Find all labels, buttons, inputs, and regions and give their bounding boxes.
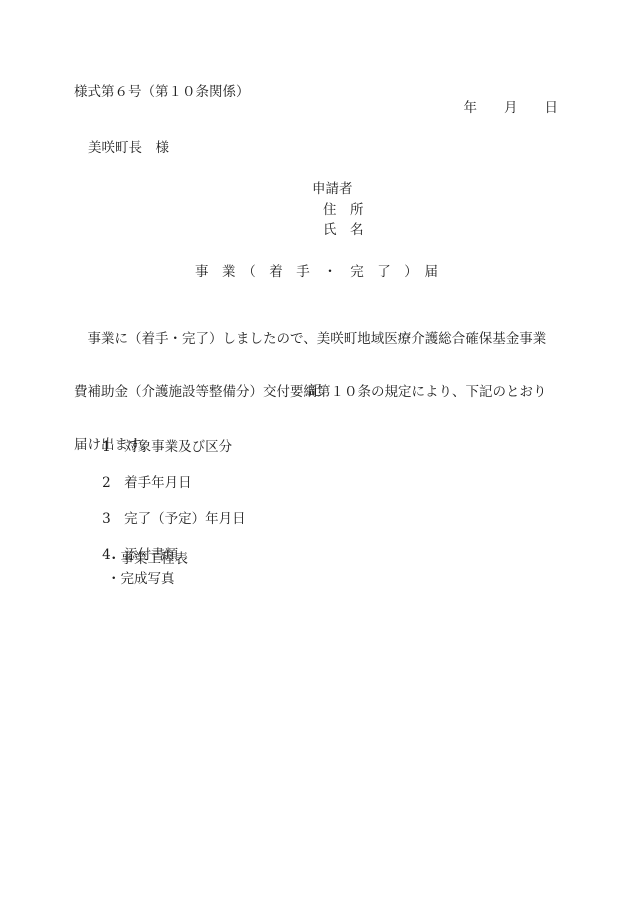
list-item-number: 3 <box>102 511 124 527</box>
list-item-number: 2 <box>102 475 124 491</box>
applicant-name-label: 氏 名 <box>323 218 364 238</box>
applicant-label: 申請者 <box>312 177 353 197</box>
addressee: 美咲町長 様 <box>88 136 169 156</box>
document-page: 様式第６号（第１０条関係） 年 月 日 美咲町長 様 申請者 住 所 氏 名 事… <box>0 0 630 903</box>
list-item-label: 完了（予定）年月日 <box>124 511 246 527</box>
date-line: 年 月 日 <box>464 96 559 116</box>
attachment-item-schedule: ・事業工程表 <box>107 547 188 567</box>
list-item-label: 着手年月日 <box>124 475 192 491</box>
body-line: 事業に（着手・完了）しましたので、美咲町地域医療介護総合確保基金事業 <box>74 329 558 350</box>
ki-marker: 記 <box>74 379 556 399</box>
attachment-item-photo: ・完成写真 <box>107 567 175 587</box>
applicant-address-label: 住 所 <box>323 198 364 218</box>
form-number: 様式第６号（第１０条関係） <box>74 80 250 100</box>
document-title: 事 業 （ 着 手 ・ 完 了 ） 届 <box>195 260 438 280</box>
list-item-label: 対象事業及び区分 <box>124 439 232 455</box>
list-item-number: 1 <box>102 439 124 455</box>
